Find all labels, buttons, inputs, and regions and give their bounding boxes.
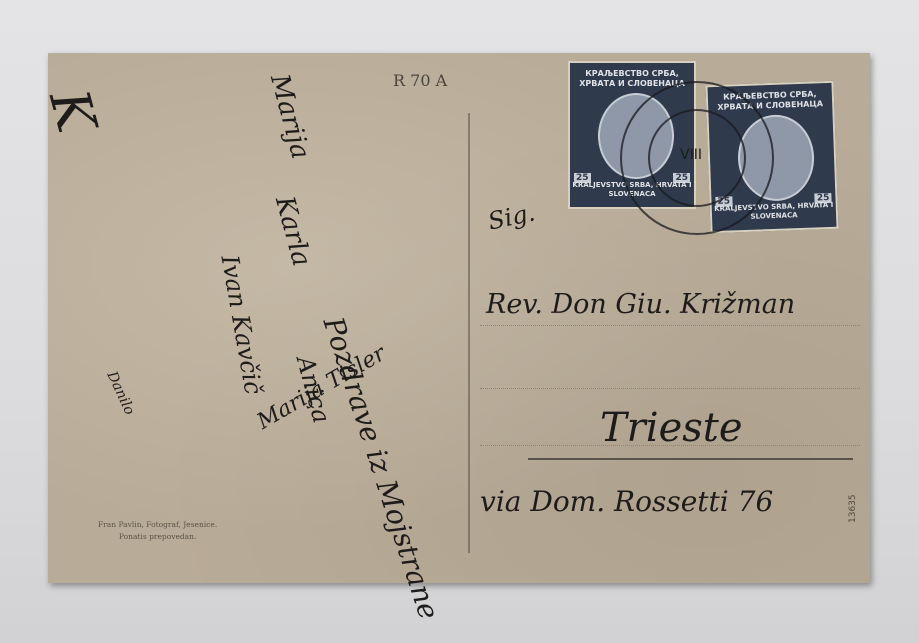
signature-6: Danilo — [103, 369, 137, 417]
signature-flourish: K — [37, 83, 108, 138]
printer-line-1: Fran Pavlin, Fotograf, Jesenice. — [98, 519, 217, 531]
signature-1: Marija — [264, 71, 315, 162]
printer-imprint: Fran Pavlin, Fotograf, Jesenice. Ponatis… — [98, 519, 217, 543]
postcard-back: R 70 A КРАЉЕВСТВО СРБА, ХРВАТА И СЛОВЕНА… — [48, 53, 870, 583]
address-underline — [528, 458, 853, 460]
address-line-3 — [480, 445, 860, 446]
address-line-2 — [480, 388, 860, 389]
serial-number: 13635 — [848, 494, 858, 523]
printer-line-2: Ponatis prepovedan. — [98, 531, 217, 543]
archive-note: R 70 A — [393, 71, 447, 90]
address-name: Rev. Don Giu. Križman — [486, 289, 795, 320]
signature-2: Karla — [269, 193, 316, 270]
address-salutation: Sig. — [486, 198, 538, 235]
center-divider — [468, 113, 470, 553]
signature-3: Ivan Kavčič — [215, 253, 267, 397]
address-street: via Dom. Rossetti 76 — [480, 485, 773, 518]
postmark-date: VIII — [680, 147, 702, 163]
address-line-1 — [480, 325, 860, 326]
